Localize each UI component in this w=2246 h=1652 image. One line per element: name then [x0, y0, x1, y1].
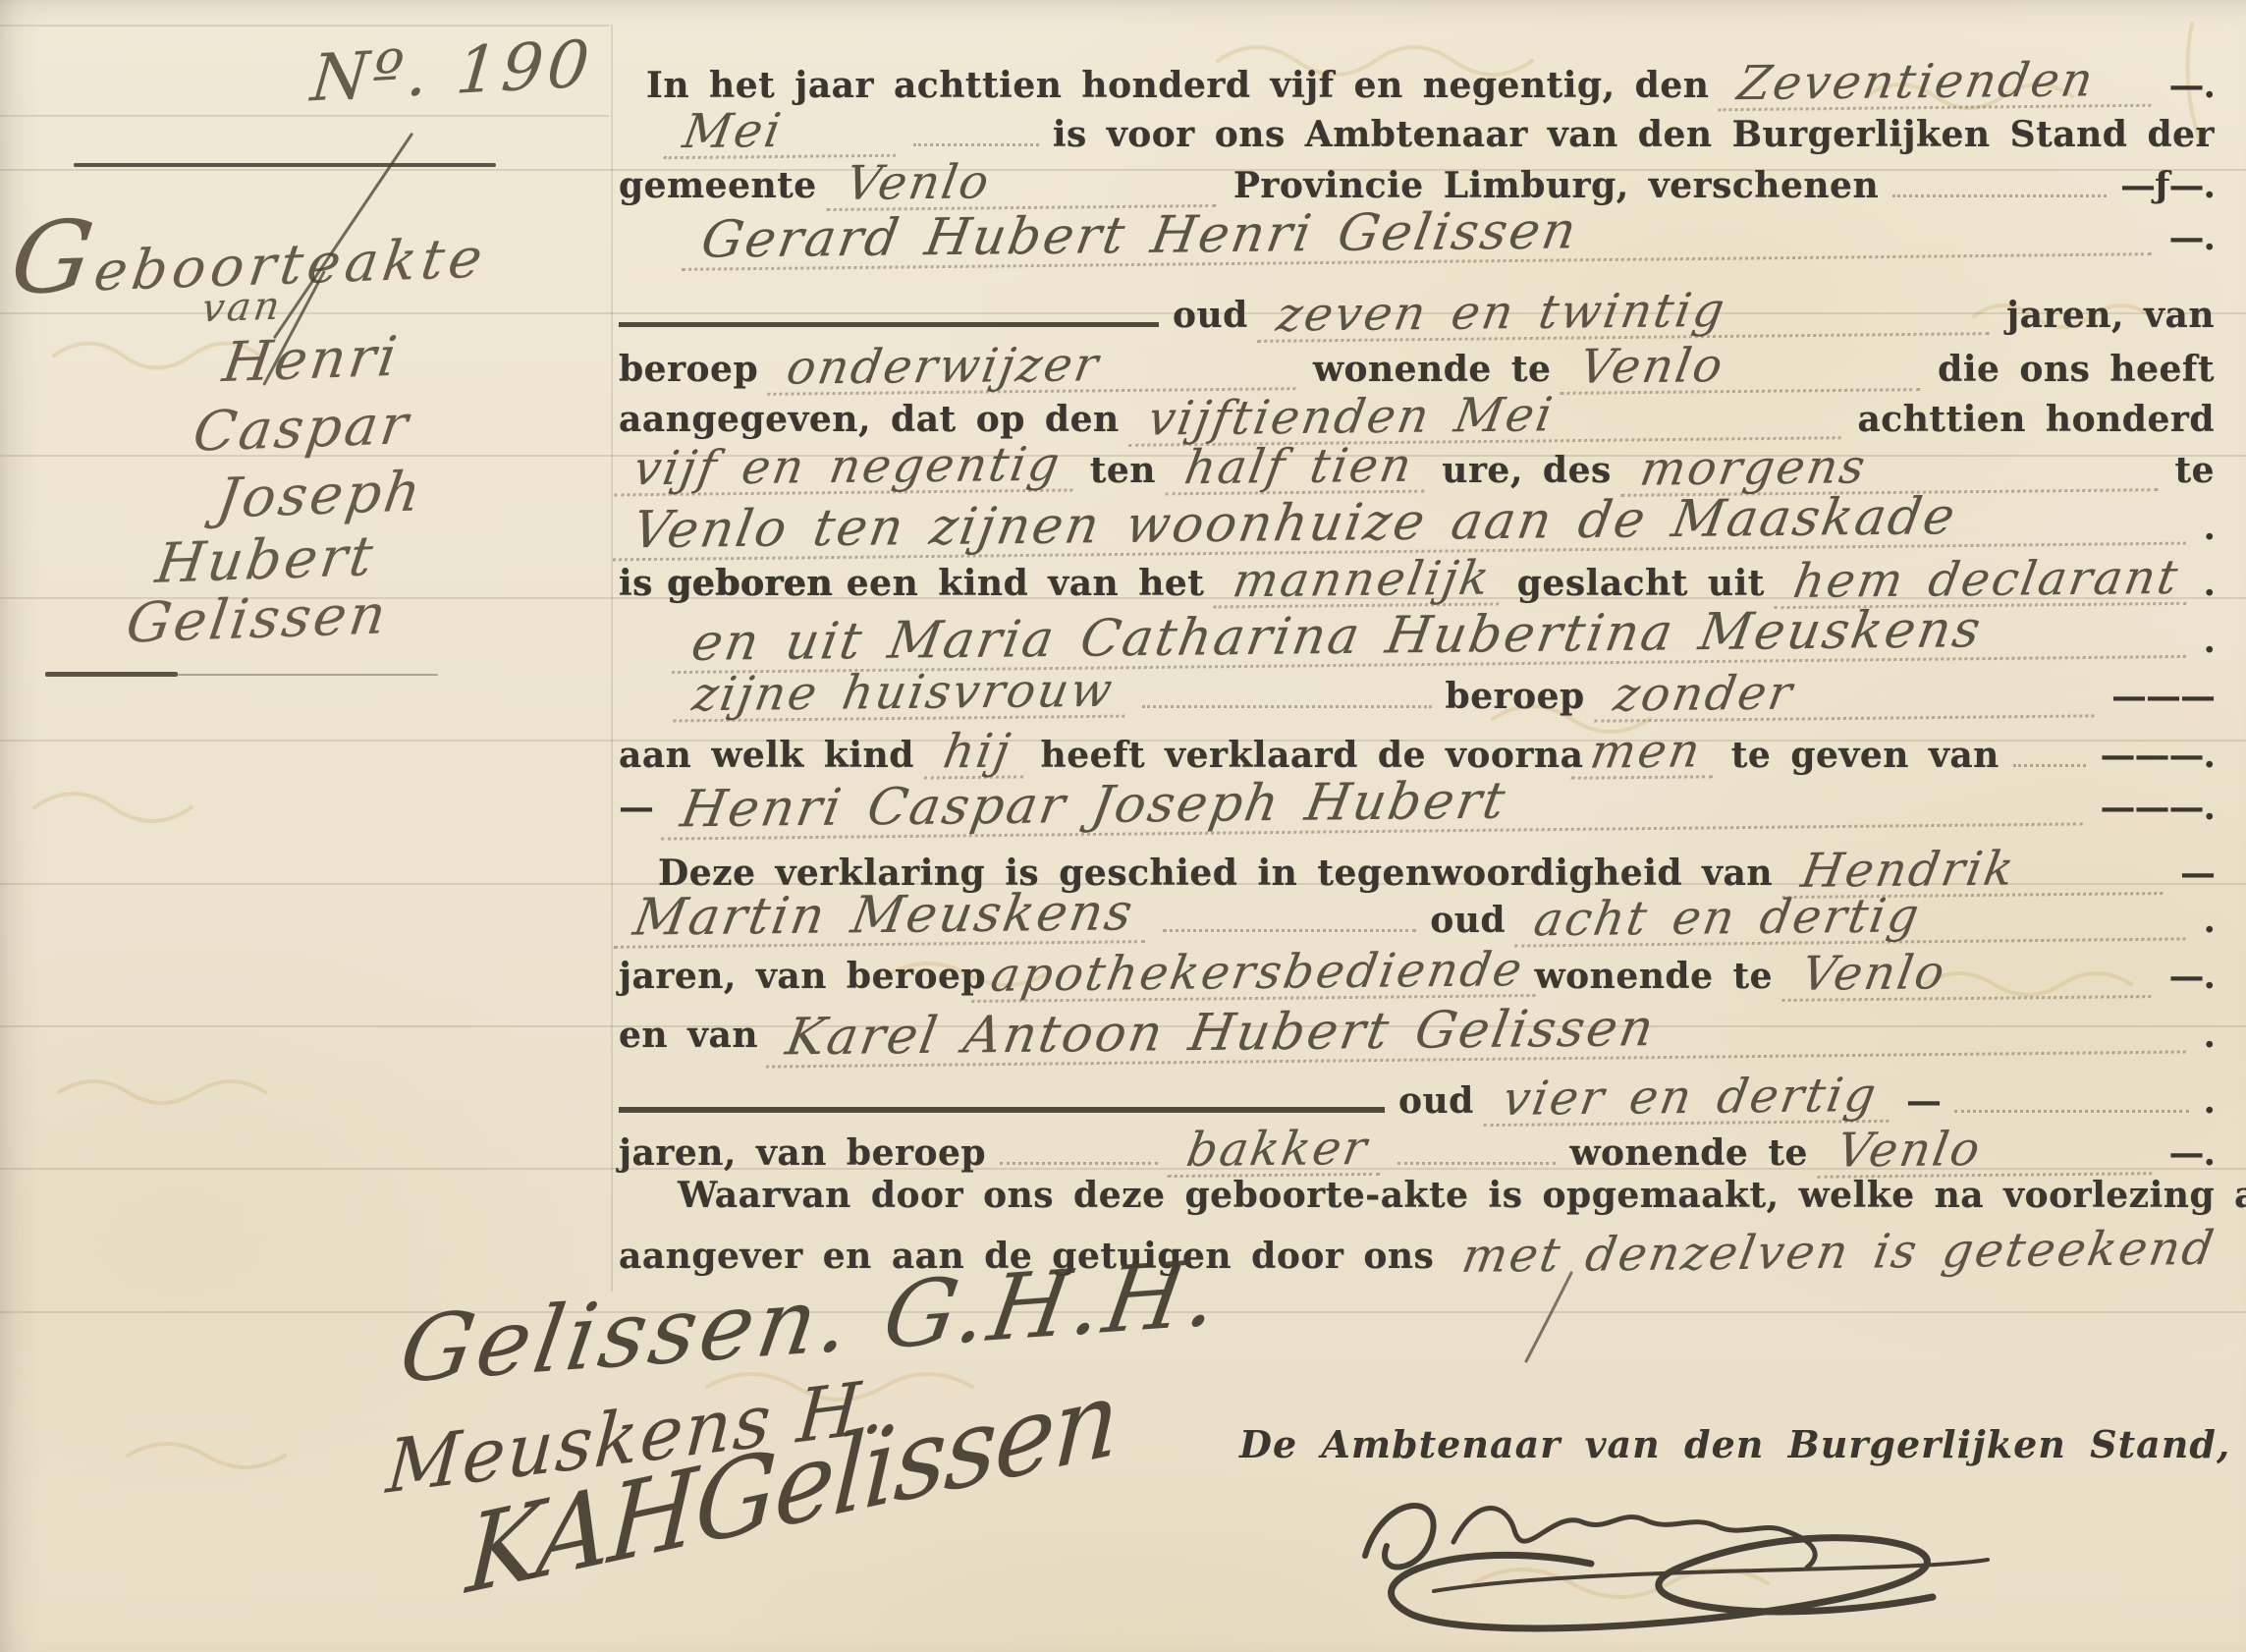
margin-child-name-line: Gelissen	[123, 582, 393, 655]
printed-text: oud	[1430, 900, 1506, 941]
entry-registration-day: Zeventienden	[1719, 55, 2161, 112]
entry-mother-name: en uit Maria Catharina Hubertina Meusken…	[672, 601, 2196, 674]
entry-witness1-name: Martin Meuskens	[614, 886, 1154, 948]
form-line: Martin Meuskens oud acht en dertig .	[619, 889, 2215, 946]
printed-text: aangegeven, dat op den	[619, 399, 1120, 440]
entry-declarant-occupation: onderwijzer	[767, 338, 1304, 396]
ink-dash: —	[619, 787, 653, 828]
printed-text: wonende te	[1313, 349, 1551, 390]
dotted-fill-line	[1892, 189, 2107, 197]
ink-line	[74, 163, 496, 167]
printed-text: aan welk kind	[619, 735, 914, 776]
entry-witness2-occupation: bakker	[1168, 1124, 1389, 1179]
act-number: Nº. 190	[308, 27, 596, 117]
form-line: zijne huisvrouw beroep zonder ———	[619, 668, 2215, 720]
ink-dot: .	[2203, 620, 2215, 661]
printed-text: achttien honderd	[1857, 399, 2215, 440]
entry-witness1-residence: Venlo	[1781, 946, 2160, 1002]
printed-text: In het jaar achttien honderd vijf en neg…	[646, 65, 1709, 106]
ink-dash: ———	[2111, 676, 2215, 717]
entry-witness2-residence: Venlo	[1817, 1123, 2160, 1179]
printed-text: wonende te	[1535, 956, 1773, 997]
stray-pen-stroke	[1526, 1273, 1571, 1361]
birth-certificate-document: Nº. 190 Geboorteakte van Henri Caspar Jo…	[0, 0, 2246, 1652]
entry-birth-date: vijftienden Mei	[1128, 387, 1849, 447]
printed-text: ten	[1090, 450, 1156, 491]
dotted-fill-line	[1000, 1156, 1158, 1165]
form-line: jaren, van beroep apothekersbediende won…	[619, 948, 2215, 1000]
entry-declarant-name: Gerard Hubert Henri Gelissen	[682, 198, 2162, 270]
printed-text: beroep	[619, 349, 758, 390]
ink-dot: .	[2203, 1080, 2215, 1122]
form-line: en van Karel Antoon Hubert Gelissen .	[619, 1004, 2215, 1061]
margin-child-name-line: Henri	[219, 325, 404, 395]
form-line: aangegeven, dat op den vijftienden Mei a…	[619, 391, 2215, 443]
official-title-caption: De Ambtenaar van den Burgerlijken Stand,	[1239, 1422, 2230, 1466]
entry-child-gender: mannelijk	[1214, 553, 1508, 608]
official-signature-flourish	[1296, 1465, 2043, 1650]
form-line: Waarvan door ons deze geboorte-akte is o…	[619, 1175, 2215, 1216]
entry-witness1-occupation: apothekersbediende	[971, 945, 1543, 1003]
form-line: oud vier en dertig — .	[619, 1073, 2215, 1125]
ink-dash: —.	[2168, 217, 2215, 258]
dotted-fill-line	[1954, 1104, 2189, 1113]
form-line: — Henri Caspar Joseph Hubert ———.	[619, 776, 2215, 833]
ink-dot: .	[2203, 900, 2215, 941]
entry-birth-place: Venlo ten zijnen woonhuize aan de Maaska…	[613, 488, 2196, 561]
form-line: In het jaar achttien honderd vijf en neg…	[619, 57, 2215, 109]
dotted-fill-line	[2013, 758, 2087, 767]
form-line: Venlo ten zijnen woonhuize aan de Maaska…	[619, 496, 2215, 553]
ink-dash: —.	[2168, 1132, 2215, 1174]
form-line: vijf en negentig ten half tien ure, des …	[619, 442, 2215, 494]
dotted-fill-line	[1163, 923, 1416, 932]
ink-dash: ———.	[2100, 735, 2215, 776]
ink-dot: .	[2203, 1015, 2215, 1056]
ink-dash: —.	[2168, 65, 2215, 106]
entry-signing-note: met denzelven is geteekend	[1443, 1224, 2219, 1282]
ink-dash: —.	[2168, 956, 2215, 997]
entry-mother-occupation: zonder	[1594, 665, 2103, 723]
ruled-line	[0, 25, 609, 27]
form-line: beroep onderwijzer wonende te Venlo die …	[619, 341, 2215, 393]
printed-text: een kind van het	[847, 563, 1205, 604]
form-line: Gerard Hubert Henri Gelissen —.	[619, 206, 2215, 263]
ink-dot: .	[2203, 563, 2215, 604]
form-line: en uit Maria Catharina Hubertina Meusken…	[619, 609, 2215, 666]
entry-child-names: Henri Caspar Joseph Hubert	[661, 768, 2093, 840]
entry-pronoun: hij	[923, 726, 1031, 779]
entry-registration-month: Mei	[663, 105, 904, 160]
dotted-fill-line	[1397, 1156, 1556, 1165]
printed-text: geslacht uit	[1517, 563, 1765, 604]
dotted-fill-line	[1142, 699, 1431, 708]
printed-text: en van	[619, 1015, 758, 1056]
printed-text-bold: geboren	[667, 563, 833, 604]
printed-text: Waarvan door ons deze geboorte-akte is o…	[678, 1175, 2246, 1216]
printed-text: Provincie Limburg, verschenen	[1233, 165, 1879, 206]
printed-text: heeft verklaard de voorna	[1041, 735, 1584, 776]
entry-birth-time: half tien	[1165, 441, 1433, 496]
entry-municipality: Venlo	[826, 155, 1225, 212]
form-line: Mei is voor ons Ambtenaar van den Burger…	[619, 106, 2215, 158]
printed-text: beroep	[1446, 676, 1585, 717]
ink-line	[45, 672, 178, 677]
printed-text: wonende te	[1569, 1132, 1807, 1174]
ink-dash: ———.	[2100, 787, 2215, 828]
margin-van-label: van	[199, 284, 286, 332]
entry-witness2-name: Karel Antoon Hubert Gelissen	[766, 996, 2196, 1068]
printed-text: jaren, van beroep	[619, 956, 986, 997]
form-line: jaren, van beroep bakker wonende te Venl…	[619, 1125, 2215, 1177]
ink-line	[178, 674, 438, 676]
entry-birth-year: vijf en negentig	[614, 440, 1080, 497]
entry-witness1-age: acht en dertig	[1514, 888, 2194, 948]
printed-text: oud	[1173, 295, 1248, 336]
solid-fill-line	[619, 316, 1159, 327]
entry-declarant-residence: Venlo	[1561, 339, 1929, 395]
ink-dash: —	[1906, 1080, 1941, 1122]
printed-text: ure, des	[1442, 450, 1611, 491]
printed-text: jaren, van beroep	[619, 1132, 986, 1174]
solid-fill-line	[619, 1101, 1385, 1113]
margin-rule	[611, 25, 613, 1292]
entry-mother-relation: zijne huisvrouw	[673, 666, 1133, 723]
margin-child-name-line: Joseph	[213, 460, 427, 530]
printed-text: gemeente	[619, 165, 817, 206]
margin-child-name-line: Caspar	[190, 393, 414, 465]
printed-text: die ons heeft	[1938, 349, 2215, 390]
dotted-fill-line	[913, 138, 1038, 146]
printed-text: is voor ons Ambtenaar van den Burgerlijk…	[1053, 114, 2215, 155]
printed-text: oud	[1398, 1080, 1474, 1122]
entry-witness2-age: vier en dertig	[1483, 1071, 1897, 1128]
entry-declarant-age: zeven en twintig	[1257, 283, 1998, 343]
form-line: oud zeven en twintig jaren, van	[619, 287, 2215, 339]
printed-text: is	[619, 563, 653, 604]
ruled-line	[0, 115, 609, 117]
ink-dot: .	[2203, 507, 2215, 548]
printed-text: jaren, van	[2006, 295, 2215, 336]
printed-text: te	[2174, 450, 2215, 491]
